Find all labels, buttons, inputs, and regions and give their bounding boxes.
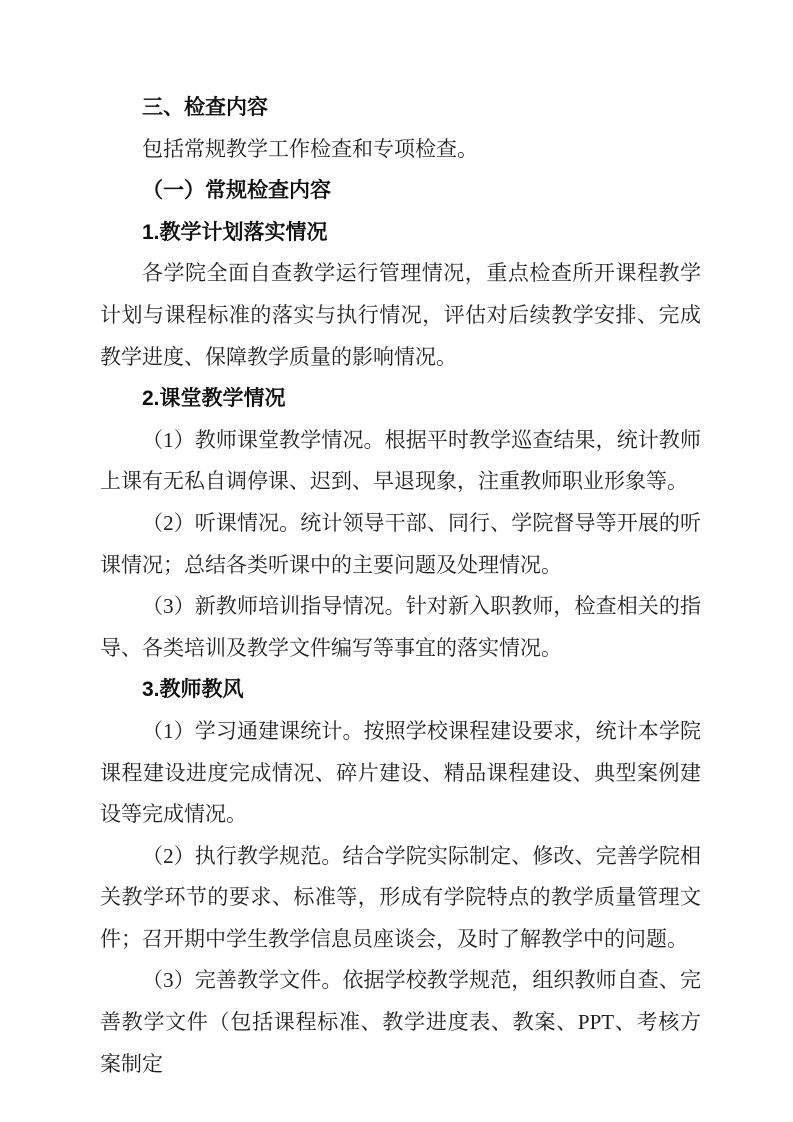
- heading-teaching-plan: 1.教学计划落实情况: [100, 212, 701, 254]
- heading-classroom-teaching: 2.课堂教学情况: [100, 378, 701, 420]
- heading-section-check-content: 三、检查内容: [100, 87, 701, 129]
- paragraph-course-building-stats: （1）学习通建课统计。按照学校课程建设要求，统计本学院课程建设进度完成情况、碎片…: [100, 711, 701, 836]
- document-page: 三、检查内容 包括常规教学工作检查和专项检查。 （一）常规检查内容 1.教学计划…: [0, 0, 793, 1122]
- heading-regular-check-content: （一）常规检查内容: [100, 170, 701, 212]
- paragraph-lesson-observation: （2）听课情况。统计领导干部、同行、学院督导等开展的听课情况；总结各类听课中的主…: [100, 503, 701, 586]
- paragraph-teacher-classroom: （1）教师课堂教学情况。根据平时教学巡查结果，统计教师上课有无私自调停课、迟到、…: [100, 420, 701, 503]
- heading-teacher-ethos: 3.教师教风: [100, 669, 701, 711]
- paragraph-teaching-documents: （3）完善教学文件。依据学校教学规范，组织教师自查、完善教学文件（包括课程标准、…: [100, 960, 701, 1085]
- paragraph-overview: 包括常规教学工作检查和专项检查。: [100, 129, 701, 171]
- document-body: 三、检查内容 包括常规教学工作检查和专项检查。 （一）常规检查内容 1.教学计划…: [100, 87, 701, 1085]
- paragraph-new-teacher-training: （3）新教师培训指导情况。针对新入职教师，检查相关的指导、各类培训及教学文件编写…: [100, 586, 701, 669]
- paragraph-teaching-standards: （2）执行教学规范。结合学院实际制定、修改、完善学院相关教学环节的要求、标准等，…: [100, 836, 701, 961]
- paragraph-teaching-plan-detail: 各学院全面自查教学运行管理情况，重点检查所开课程教学计划与课程标准的落实与执行情…: [100, 253, 701, 378]
